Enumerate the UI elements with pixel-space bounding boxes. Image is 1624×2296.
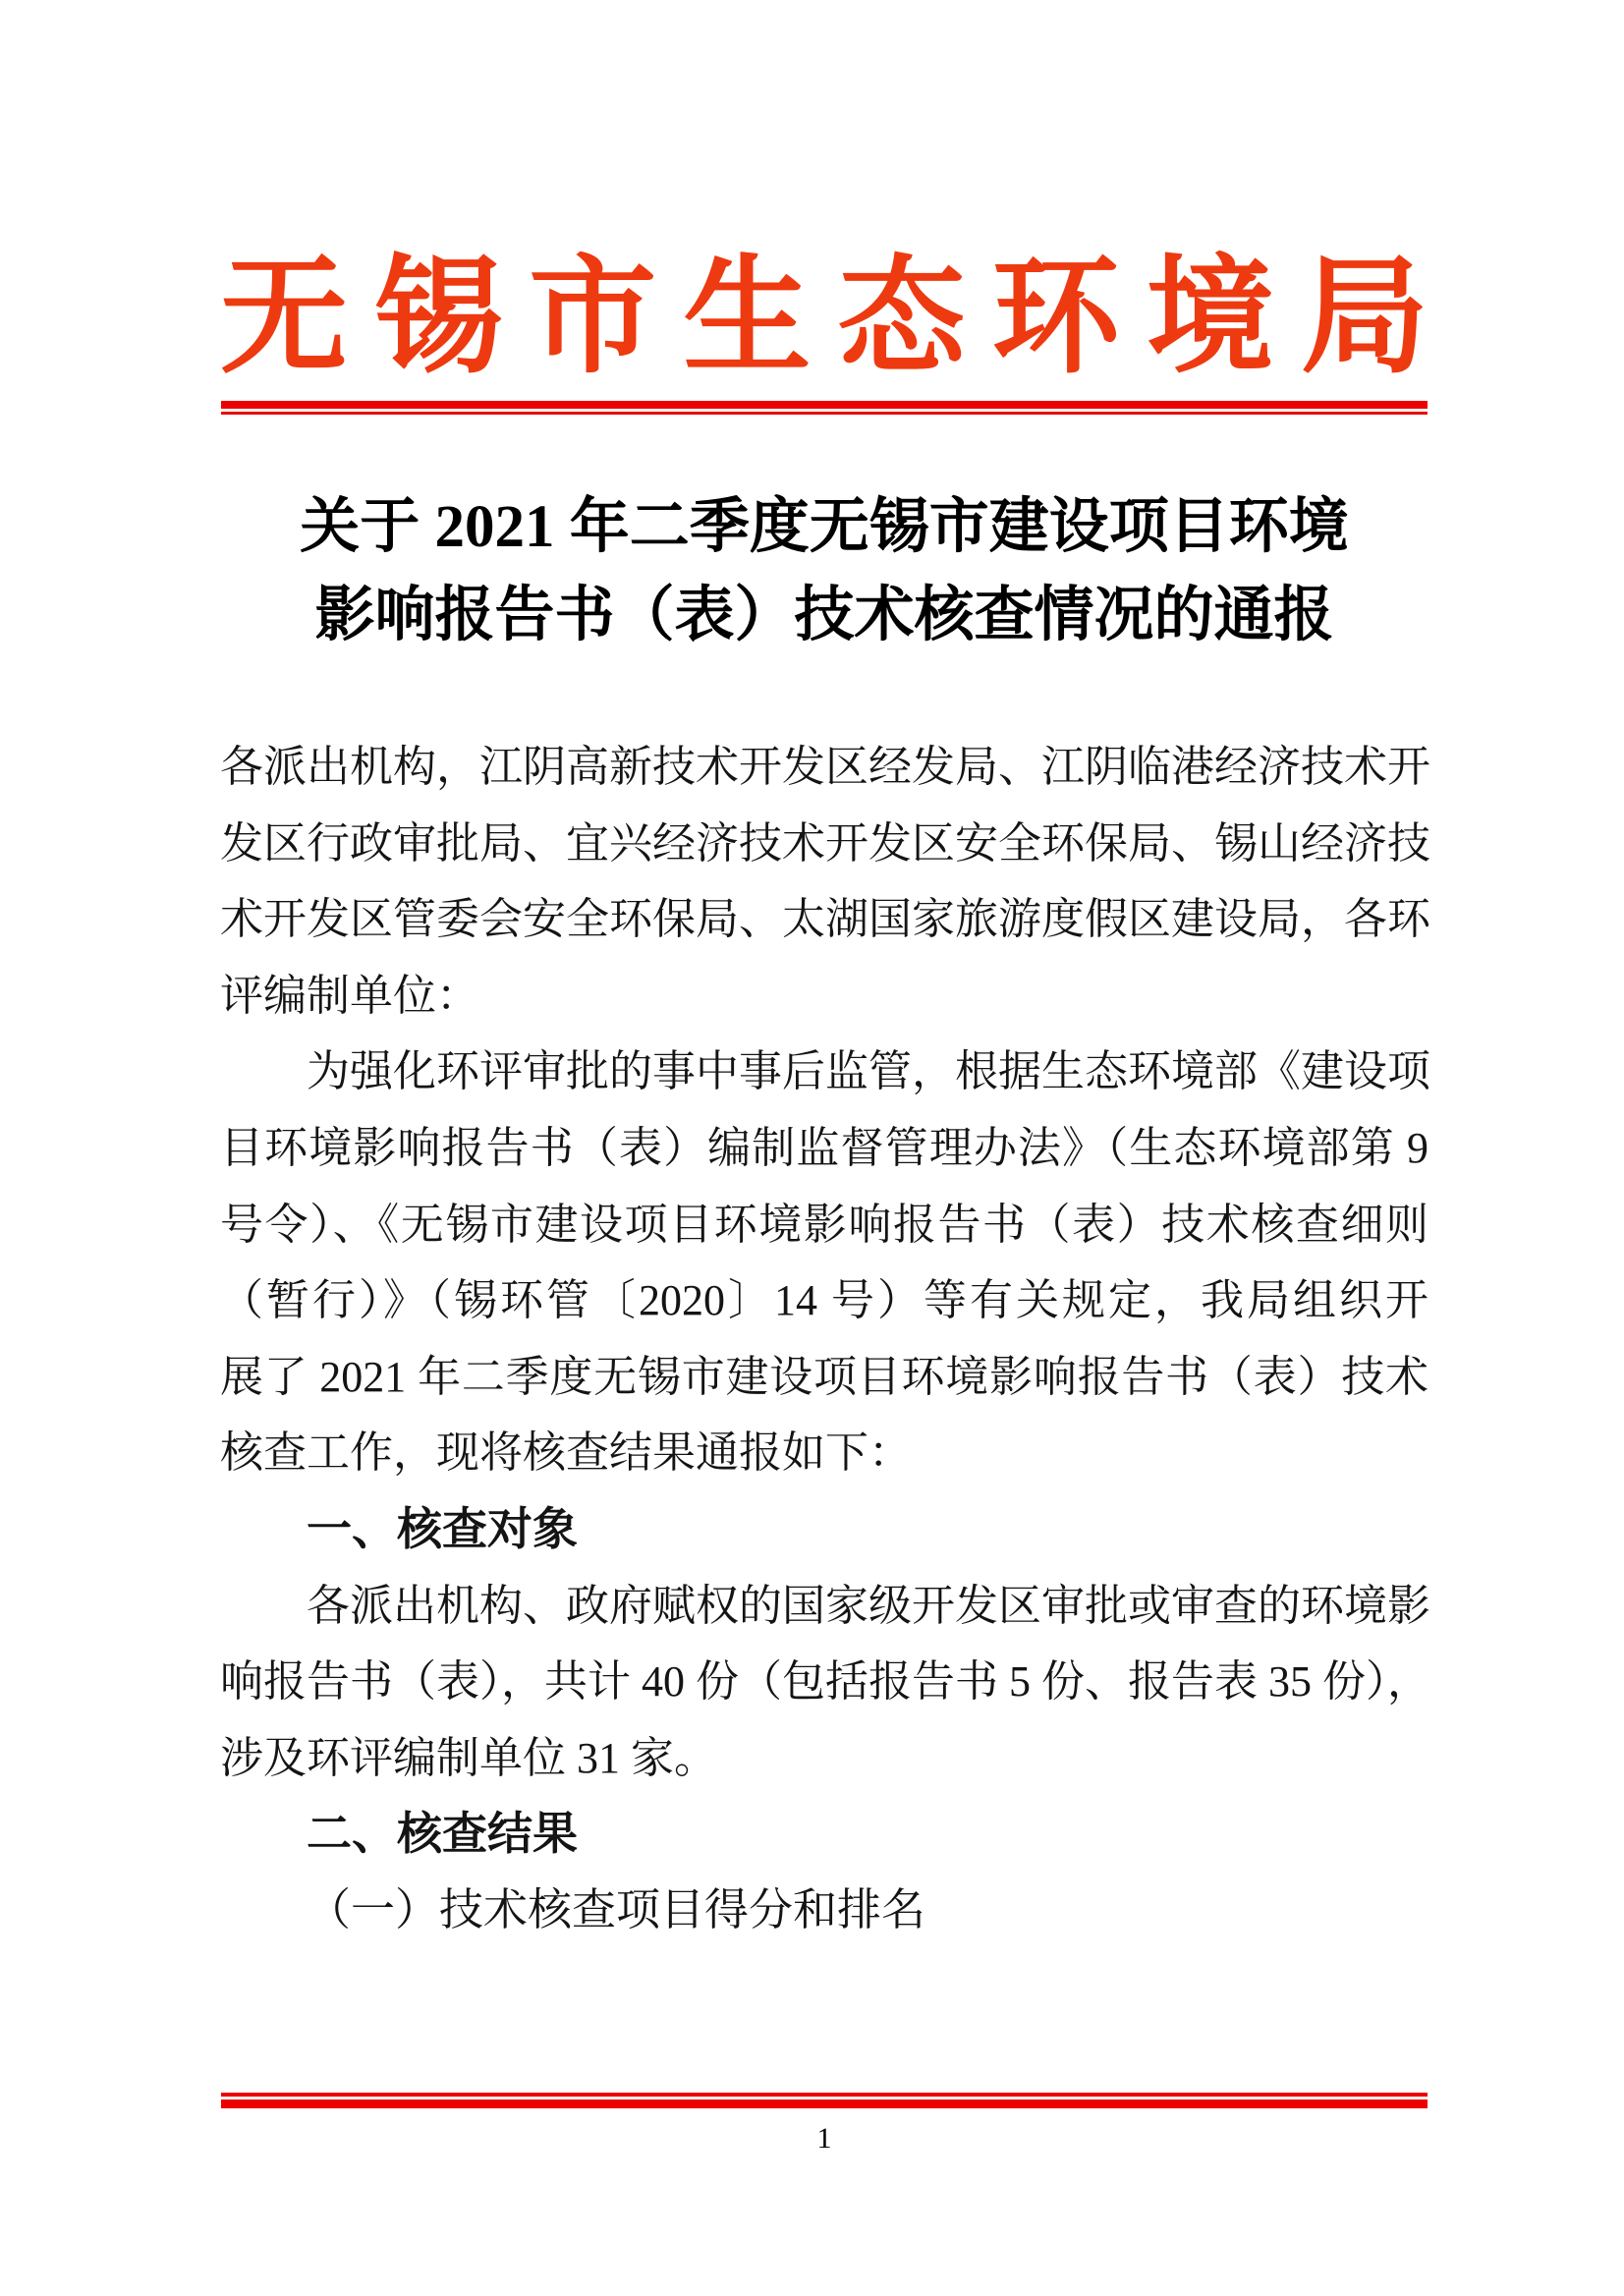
document-title: 关于 2021 年二季度无锡市建设项目环境 影响报告书（表）技术核查情况的通报 — [220, 483, 1428, 660]
paragraph-1-line-2: 发区行政审批局、宜兴经济技术开发区安全环保局、锡山经济技 — [220, 806, 1428, 882]
paragraph-3-line-1: 各派出机构、政府赋权的国家级开发区审批或审查的环境影 — [220, 1568, 1428, 1645]
document-page: 无锡市生态环境局 关于 2021 年二季度无锡市建设项目环境 影响报告书（表）技… — [0, 0, 1624, 2296]
agency-letterhead: 无锡市生态环境局 — [220, 248, 1428, 390]
letterhead-rule-thin — [221, 412, 1428, 415]
footer-rule-thick — [221, 2100, 1428, 2108]
document-title-line-2: 影响报告书（表）技术核查情况的通报 — [220, 572, 1428, 660]
footer-rule-thin — [221, 2093, 1428, 2097]
paragraph-2-line-4: （暂行）》（锡环管〔2020〕14 号）等有关规定，我局组织开 — [220, 1262, 1428, 1339]
paragraph-3-line-3: 涉及环评编制单位 31 家。 — [220, 1720, 1428, 1797]
section-heading-2: 二、核查结果 — [220, 1796, 1428, 1873]
paragraph-2-line-6: 核查工作，现将核查结果通报如下： — [220, 1415, 1428, 1491]
page-number: 1 — [220, 2118, 1428, 2159]
body-text: 各派出机构，江阴高新技术开发区经发局、江阴临港经济技术开 发区行政审批局、宜兴经… — [220, 729, 1428, 1949]
letterhead-rule-thick — [221, 401, 1428, 409]
paragraph-2-line-1: 为强化环评审批的事中事后监管，根据生态环境部《建设项 — [220, 1034, 1428, 1110]
paragraph-2-line-2: 目环境影响报告书（表）编制监督管理办法》（生态环境部第 9 — [220, 1110, 1428, 1187]
paragraph-3-line-2: 响报告书（表），共计 40 份（包括报告书 5 份、报告表 35 份）， — [220, 1644, 1428, 1720]
document-title-line-1: 关于 2021 年二季度无锡市建设项目环境 — [220, 483, 1428, 572]
section-heading-1: 一、核查对象 — [220, 1491, 1428, 1568]
paragraph-1-line-4: 评编制单位： — [220, 958, 1428, 1035]
paragraph-1-line-3: 术开发区管委会安全环保局、太湖国家旅游度假区建设局，各环 — [220, 881, 1428, 958]
sub-heading-1: （一）技术核查项目得分和排名 — [220, 1873, 1428, 1949]
paragraph-2-line-3: 号令）、《无锡市建设项目环境影响报告书（表）技术核查细则 — [220, 1187, 1428, 1263]
paragraph-1-line-1: 各派出机构，江阴高新技术开发区经发局、江阴临港经济技术开 — [220, 729, 1428, 806]
paragraph-2-line-5: 展了 2021 年二季度无锡市建设项目环境影响报告书（表）技术 — [220, 1339, 1428, 1416]
